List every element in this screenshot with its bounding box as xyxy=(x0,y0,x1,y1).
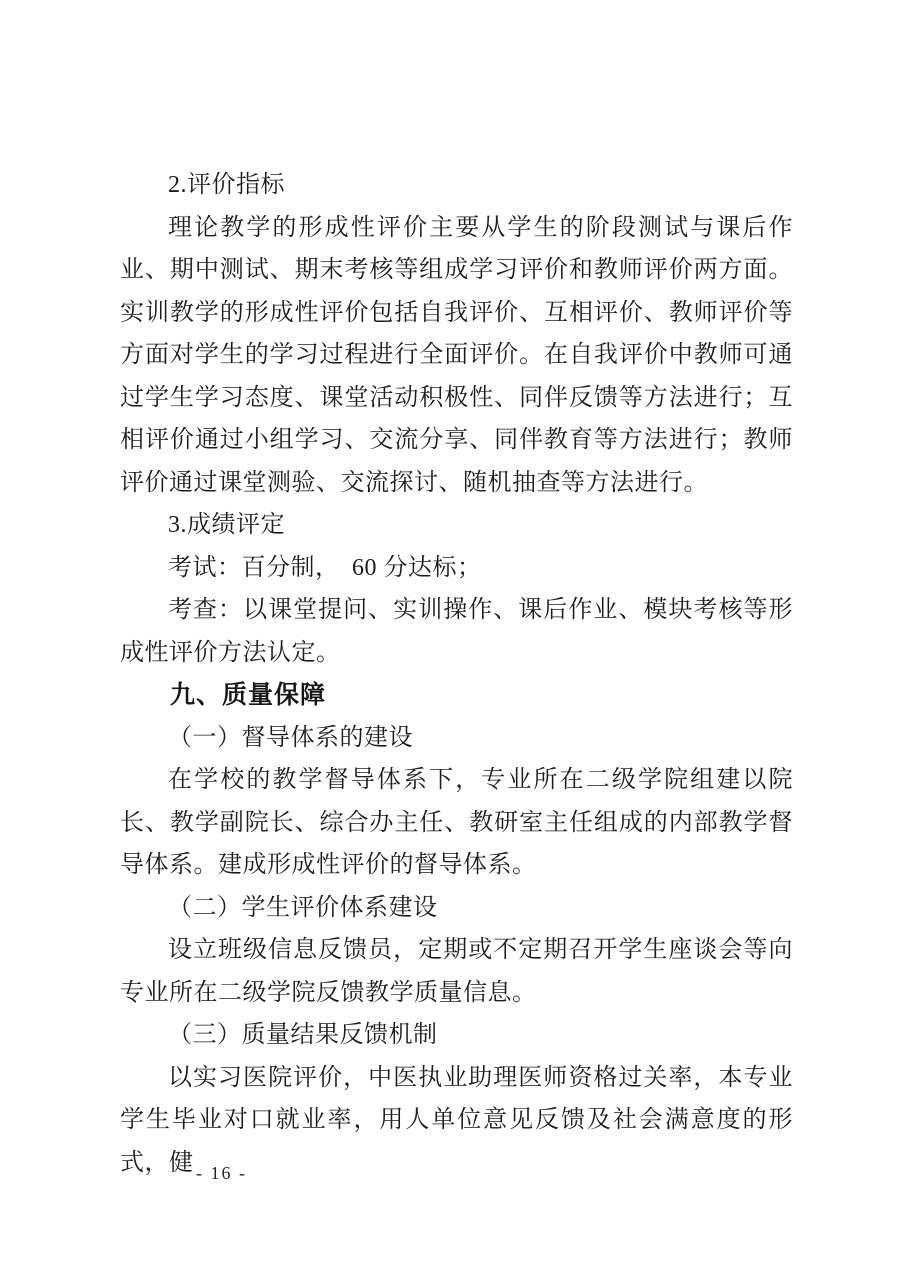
subheading-supervision-system: （一）督导体系的建设 xyxy=(120,717,793,760)
subheading-student-evaluation-system: （二）学生评价体系建设 xyxy=(120,887,793,930)
paragraph-supervision-system: 在学校的教学督导体系下，专业所在二级学院组建以院长、教学副院长、综合办主任、教研… xyxy=(120,759,793,887)
subheading-grade-assessment: 3.成绩评定 xyxy=(120,504,793,547)
paragraph-inspection-rule: 考查：以课堂提问、实训操作、课后作业、模块考核等形成性评价方法认定。 xyxy=(120,589,793,674)
page-number: - 16 - xyxy=(196,1163,247,1184)
paragraph-student-feedback: 设立班级信息反馈员，定期或不定期召开学生座谈会等向专业所在二级学院反馈教学质量信… xyxy=(120,929,793,1014)
document-body: 2.评价指标 理论教学的形成性评价主要从学生的阶段测试与课后作业、期中测试、期末… xyxy=(120,164,793,1184)
document-page: 2.评价指标 理论教学的形成性评价主要从学生的阶段测试与课后作业、期中测试、期末… xyxy=(0,0,904,1280)
heading-quality-assurance: 九、质量保障 xyxy=(120,674,793,717)
subheading-quality-feedback-mechanism: （三）质量结果反馈机制 xyxy=(120,1014,793,1057)
paragraph-formative-evaluation: 理论教学的形成性评价主要从学生的阶段测试与课后作业、期中测试、期末考核等组成学习… xyxy=(120,207,793,505)
subheading-evaluation-indicators: 2.评价指标 xyxy=(120,164,793,207)
paragraph-exam-rule: 考试：百分制， 60 分达标； xyxy=(120,547,793,590)
